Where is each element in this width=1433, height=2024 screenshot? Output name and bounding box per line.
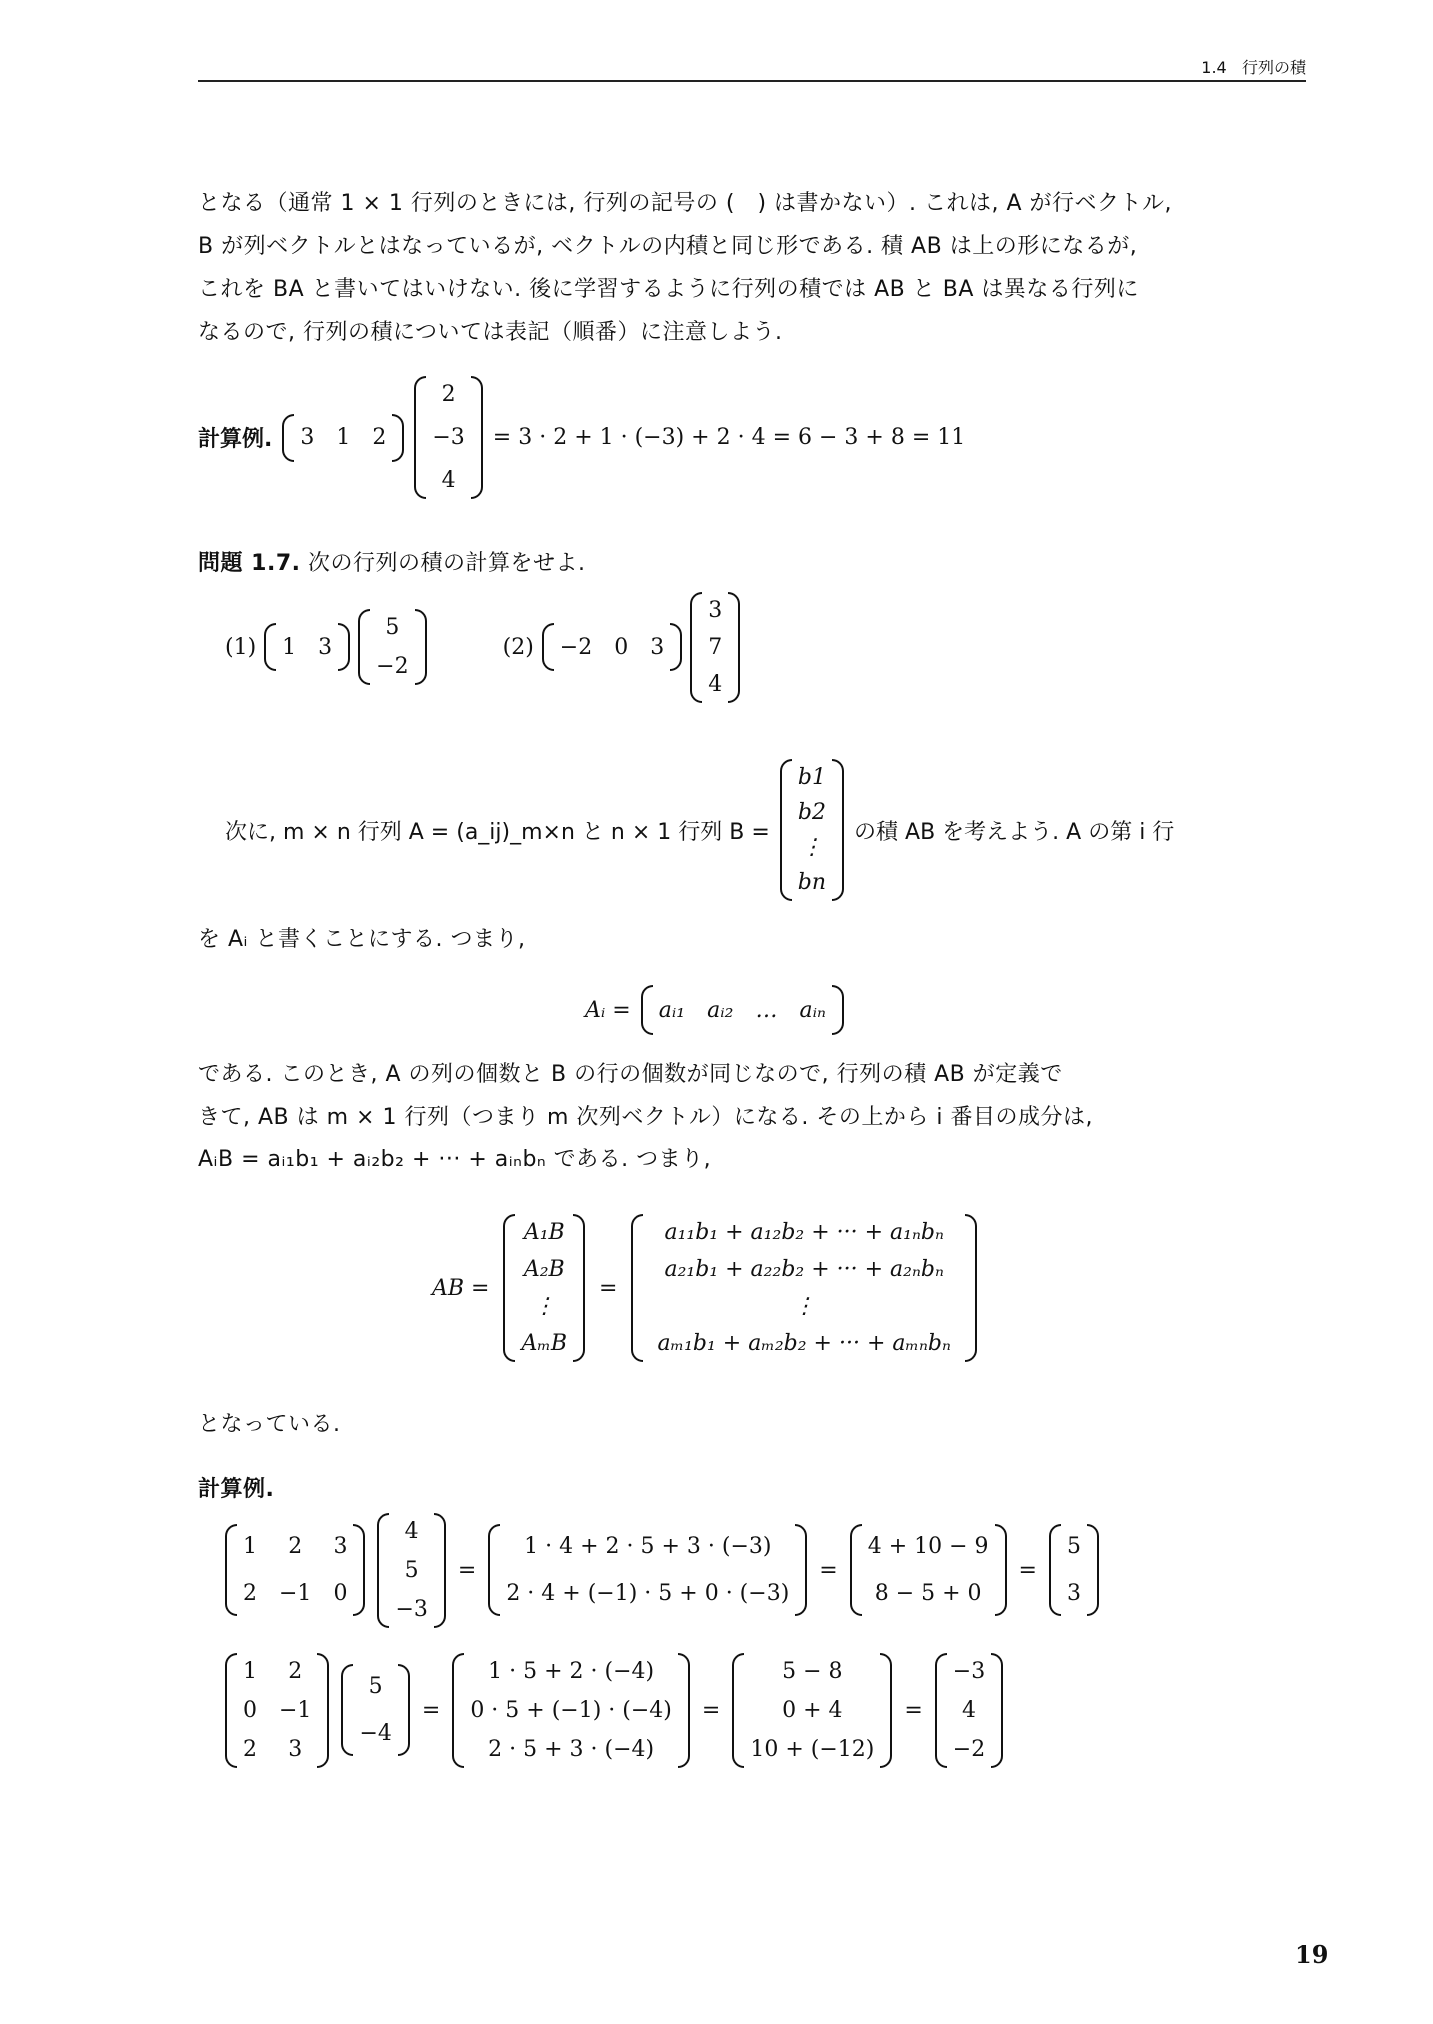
para1-line1: となる（通常 1 × 1 行列のときには, 行列の記号の ( ) は書かない）.… [198,192,1172,216]
running-header: 1.4 行列の積 [1201,55,1306,78]
para1-line3: これを BA と書いてはいけない. 後に学習するように行列の積では AB と B… [198,278,1139,302]
example1-result: = 3 · 2 + 1 · (−3) + 2 · 4 = 6 − 3 + 8 =… [493,425,965,450]
column-vector: 2 −3 4 [414,376,482,499]
problem2-row: −203 [542,623,682,671]
para3-line3: AᵢB = aᵢ₁b₁ + aᵢ₂b₂ + ··· + aᵢₙbₙ である. つ… [198,1148,711,1172]
header-rule [198,80,1306,82]
row-vector: 3 1 2 [282,414,404,462]
para3-line1: である. このとき, A の列の個数と B の行の個数が同じなので, 行列の積 … [198,1063,1063,1087]
example1: 計算例. 3 1 2 2 −3 4 = 3 · 2 + 1 · (−3) + 2… [198,370,965,505]
section-number: 1.4 [1201,58,1226,77]
para3-line2: きて, AB は m × 1 行列（つまり m 次列ベクトル）になる. その上か… [198,1106,1093,1130]
problem2-col: 374 [690,592,740,703]
example2-eq2: 12 0−1 23 5−4 = 1 · 5 + 2 · (−4)0 · 5 + … [225,1640,1003,1780]
ai-equation: Aᵢ = aᵢ₁aᵢ₂…aᵢₙ [585,982,844,1038]
para1-line4: なるので, 行列の積については表記（順番）に注意しよう. [198,321,783,345]
ab-equation: AB = A₁BA₂B⋮AₘB = a₁₁b₁ + a₁₂b₂ + ··· + … [432,1198,977,1378]
problem-label: 問題 1.7. [198,551,301,576]
para1-line2: B が列ベクトルとはなっているが, ベクトルの内積と同じ形である. 積 AB は… [198,235,1137,259]
example2-eq1: 123 2−10 45−3 = 1 · 4 + 2 · 5 + 3 · (−3)… [225,1505,1099,1635]
conclusion: となっている. [198,1413,341,1437]
problem1-row: 13 [264,623,350,671]
b-vector: b1b2 ⋮bn [780,759,844,901]
section-title: 行列の積 [1242,58,1306,77]
para2-line2: を Aᵢ と書くことにする. つまり, [198,928,525,952]
page-number: 19 [1295,1940,1328,1969]
problem1-col: 5−2 [358,609,426,685]
para2-line1: 次に, m × n 行列 A = (a_ij)_m×n と n × 1 行列 B… [225,740,1174,920]
example-label: 計算例. [198,422,272,453]
problem-text: 次の行列の積の計算をせよ. [308,551,586,576]
problem-items: (1) 13 5−2 (2) −203 374 [225,582,740,712]
example2-label: 計算例. [198,1478,274,1502]
problem-heading: 問題 1.7. 次の行列の積の計算をせよ. [198,552,586,576]
